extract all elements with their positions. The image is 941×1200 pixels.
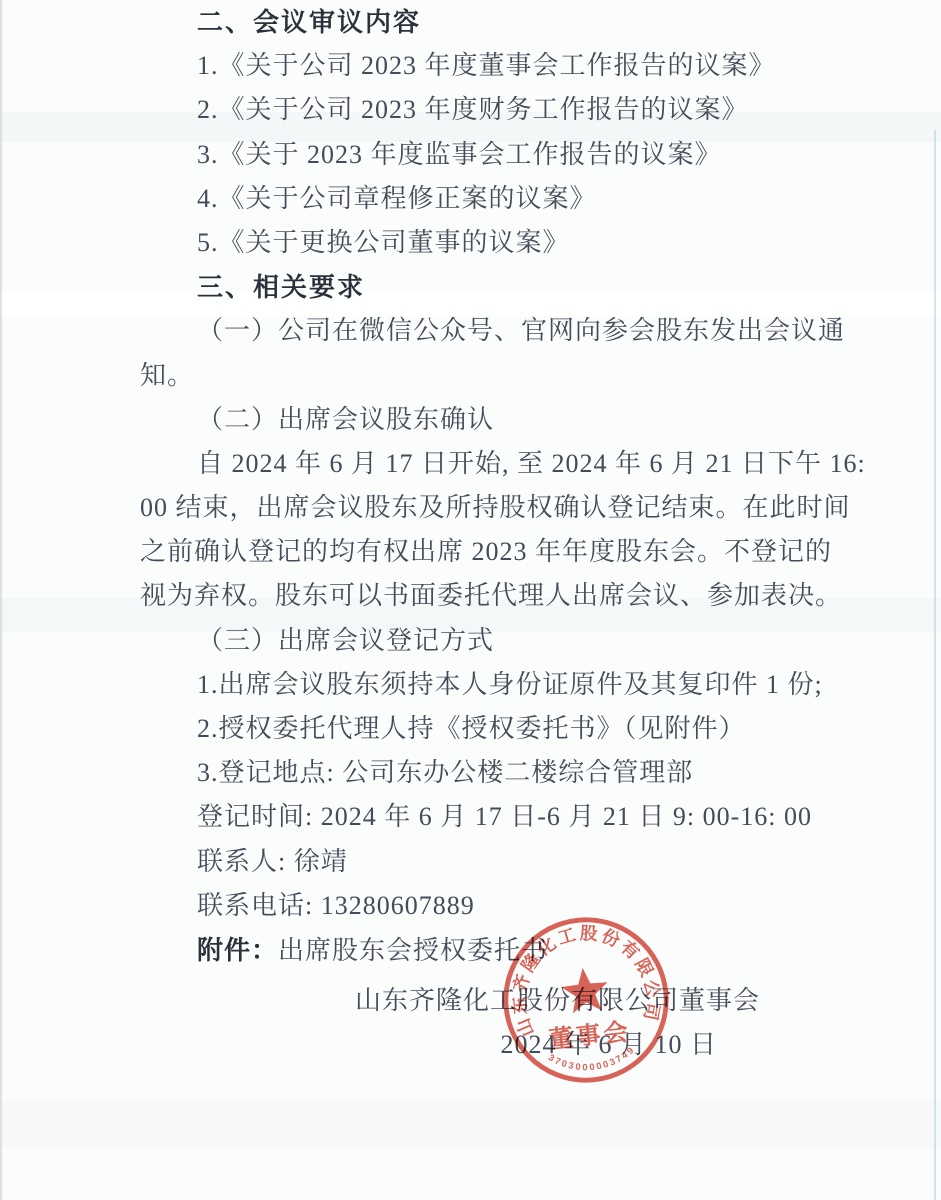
doc-line: 2.授权委托代理人持《授权委托书》（见附件）: [140, 707, 802, 751]
document-page: 二、会议审议内容1.《关于公司 2023 年度董事会工作报告的议案》2.《关于公…: [0, 0, 941, 1200]
doc-line: 3.登记地点: 公司东办公楼二楼综合管理部: [140, 751, 802, 795]
doc-line: （一）公司在微信公众号、官网向参会股东发出会议通: [140, 309, 802, 353]
doc-line: 3.《关于 2023 年度监事会工作报告的议案》: [140, 133, 802, 177]
scan-edge-right: [934, 130, 936, 1200]
doc-line: 5.《关于更换公司董事的议案》: [140, 221, 802, 265]
doc-line: 附件：出席股东会授权委托书: [140, 928, 802, 972]
doc-line: 4.《关于公司章程修正案的议案》: [140, 177, 802, 221]
doc-line: 00 结束，出席会议股东及所持股权确认登记结束。在此时间: [140, 486, 802, 530]
document-body: 二、会议审议内容1.《关于公司 2023 年度董事会工作报告的议案》2.《关于公…: [140, 0, 802, 1068]
doc-line: 2.《关于公司 2023 年度财务工作报告的议案》: [140, 88, 802, 132]
scan-artifact-band: [0, 1100, 941, 1148]
doc-line: 山东齐隆化工股份有限公司董事会: [140, 979, 802, 1023]
doc-line: 之前确认登记的均有权出席 2023 年年度股东会。不登记的: [140, 530, 802, 574]
doc-line: 视为弃权。股东可以书面委托代理人出席会议、参加表决。: [140, 574, 802, 618]
doc-line: 自 2024 年 6 月 17 日开始, 至 2024 年 6 月 21 日下午…: [140, 442, 802, 486]
doc-line: 1.出席会议股东须持本人身份证原件及其复印件 1 份;: [140, 663, 802, 707]
doc-line: 联系电话: 13280607889: [140, 884, 802, 928]
doc-line: 2024 年 6 月 10 日: [140, 1023, 802, 1067]
doc-line: 1.《关于公司 2023 年度董事会工作报告的议案》: [140, 44, 802, 88]
doc-line-text: 出席股东会授权委托书: [278, 936, 548, 965]
doc-line-prefix: 附件：: [197, 935, 278, 965]
doc-line: 二、会议审议内容: [140, 0, 802, 44]
doc-line: （二）出席会议股东确认: [140, 398, 802, 442]
doc-line: （三）出席会议登记方式: [140, 619, 802, 663]
doc-line: 三、相关要求: [140, 265, 802, 309]
doc-line: 联系人: 徐靖: [140, 840, 802, 884]
doc-line: 知。: [140, 354, 802, 398]
doc-line: 登记时间: 2024 年 6 月 17 日-6 月 21 日 9: 00-16:…: [140, 795, 802, 839]
scan-edge-left: [0, 0, 3, 1200]
